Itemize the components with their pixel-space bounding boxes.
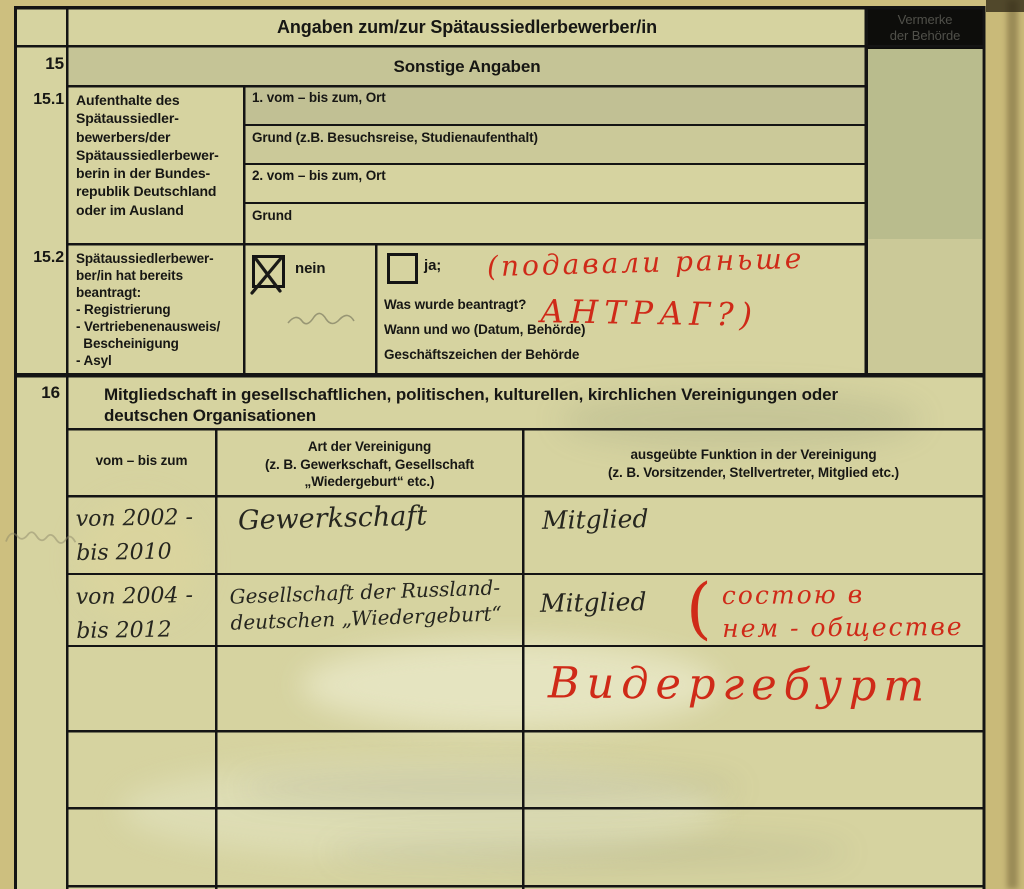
- field-grund1-label: Grund (z.B. Besuchsreise, Studienaufenth…: [252, 130, 538, 145]
- row2-funktion: Mitglied: [540, 587, 647, 618]
- row2-red-bracket: (: [686, 570, 712, 647]
- row1-funktion: Mitglied: [542, 504, 649, 535]
- was-wurde-beantragt-label: Was wurde beantragt?: [384, 297, 526, 312]
- geschaeftszeichen-label: Geschäftszeichen der Behörde: [384, 347, 579, 362]
- section-151-number: 15.1: [14, 91, 64, 109]
- section-152-number: 15.2: [14, 249, 64, 267]
- section-16-title: Mitgliedschaft in gesellschaftlichen, po…: [104, 384, 934, 426]
- row2-art: Gesellschaft der Russland- deutschen „Wi…: [229, 574, 502, 635]
- section-152-label: Spätaussiedlerbewer- ber/in hat bereits …: [76, 250, 248, 369]
- section-15-number: 15: [20, 54, 64, 74]
- field-1-vom-bis-label: 1. vom – bis zum, Ort: [252, 90, 386, 105]
- row2-red-annotation: состою в нем - обществе: [722, 577, 964, 645]
- section-15-title: Sonstige Angaben: [68, 57, 866, 77]
- field-grund2-label: Grund: [252, 208, 292, 223]
- margin-pencil-scribble: [0, 512, 79, 568]
- col-header-funktion: ausgeübte Funktion in der Vereinigung (z…: [523, 446, 984, 481]
- red-annotation-152-line2: АНТРАГ?): [540, 292, 759, 334]
- nein-checkbox-x-mark: [244, 249, 292, 301]
- row1-art: Gewerkschaft: [238, 501, 428, 537]
- form-title: Angaben zum/zur Spätaussiedlerbewerber/i…: [68, 17, 866, 38]
- row1-period: von 2002 - bis 2010: [75, 501, 193, 571]
- ja-label: ja;: [424, 257, 441, 274]
- field-2-vom-bis-label: 2. vom – bis zum, Ort: [252, 168, 386, 183]
- row2-period: von 2004 - bis 2012: [75, 579, 193, 649]
- section-16-number: 16: [16, 383, 60, 403]
- col-header-art: Art der Vereinigung (z. B. Gewerkschaft,…: [216, 438, 523, 491]
- scanned-form-page: Vermerke der Behörde: [0, 0, 1024, 889]
- row3-red-annotation: Видергебурт: [548, 658, 932, 711]
- pencil-scribble-nein-cell: [283, 305, 373, 335]
- section-151-label: Aufenthalte des Spätaussiedler- bewerber…: [76, 91, 246, 219]
- nein-label: nein: [295, 260, 325, 277]
- ja-checkbox[interactable]: [387, 253, 418, 284]
- col-header-vom-bis: vom – bis zum: [67, 453, 216, 468]
